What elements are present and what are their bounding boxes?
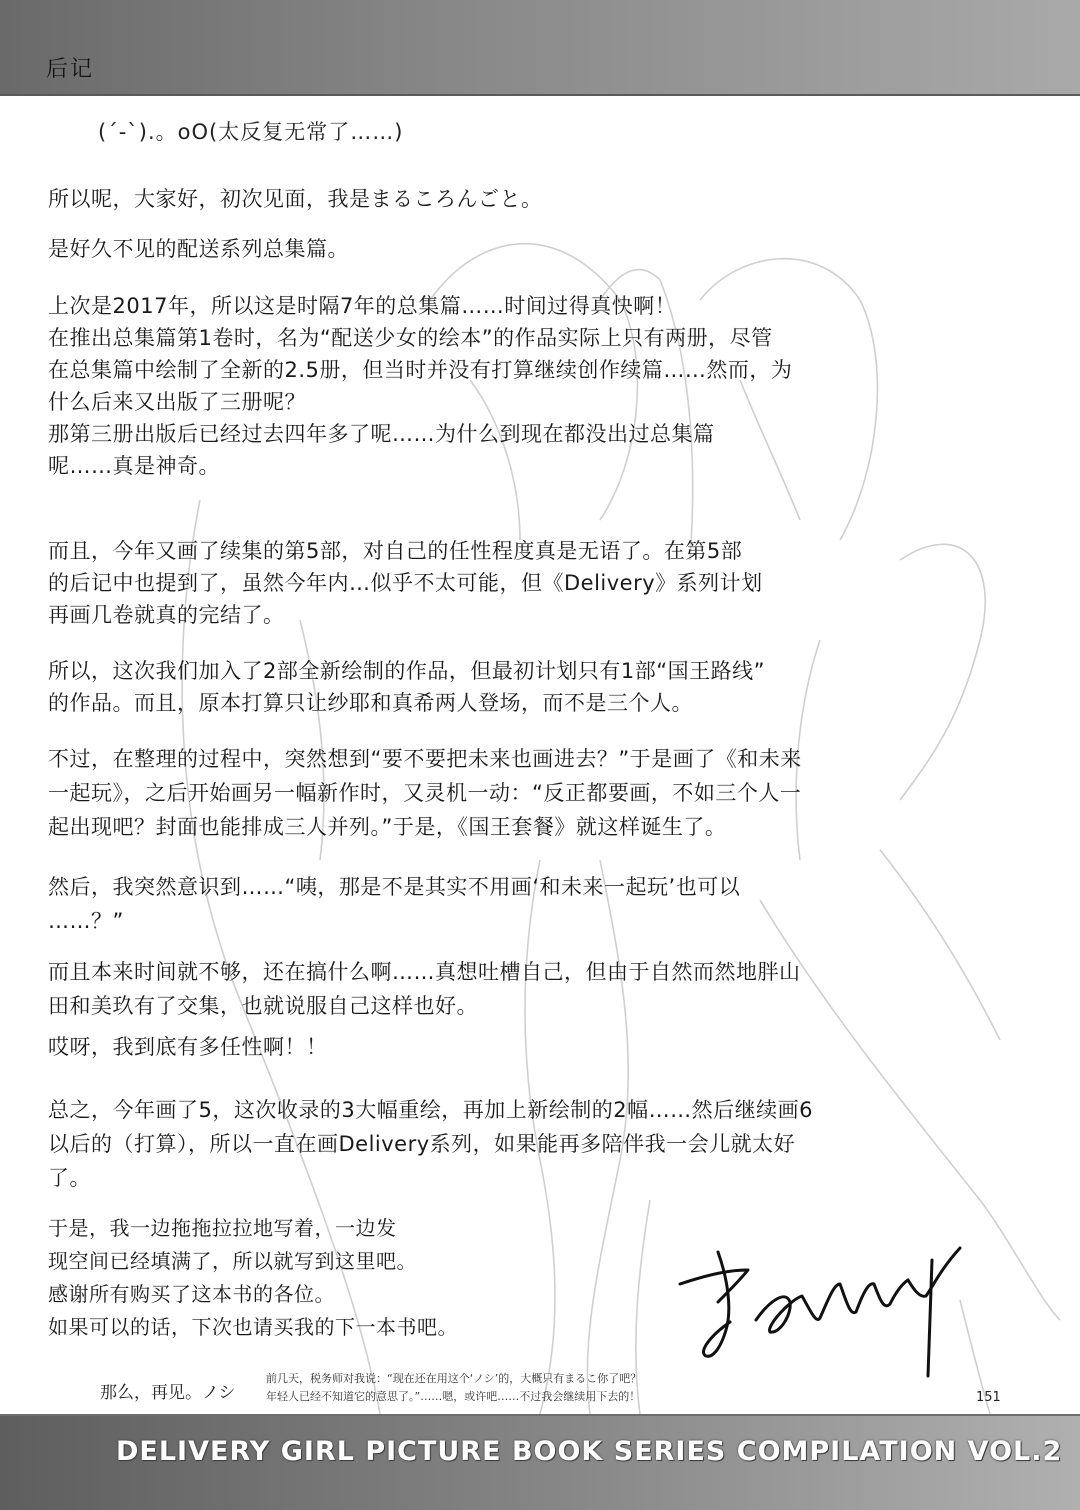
- text-line: 在推出总集篇第1卷时，名为“配送少女的绘本”的作品实际上只有两册，尽管: [48, 322, 792, 354]
- text-line: 一起玩》，之后开始画另一幅新作时，又灵机一动：“反正都要画，不如三个人一: [48, 776, 802, 810]
- text-line: 上次是2017年，所以这是时隔7年的总集篇……时间过得真快啊！: [48, 290, 792, 322]
- text-line: 现空间已经填满了，所以就写到这里吧。: [48, 1245, 458, 1278]
- text-line: 再画几卷就真的完结了。: [48, 599, 763, 631]
- text-line: 呢……真是神奇。: [48, 450, 792, 482]
- text-line: 是好久不见的配送系列总集篇。: [48, 235, 349, 264]
- paragraph: 所以，这次我们加入了2部全新绘制的作品，但最初计划只有1部“国王路线” 的作品。…: [48, 655, 765, 719]
- text-line: 在总集篇中绘制了全新的2.5册，但当时并没有打算继续创作续篇……然而，为: [48, 354, 792, 386]
- footnote-line: 年轻人已经不知道它的意思了。”……嗯，或许吧……不过我会继续用下去的！: [266, 1388, 641, 1406]
- paragraph: 而且，今年又画了续集的第5部，对自己的任性程度真是无语了。在第5部 的后记中也提…: [48, 535, 763, 631]
- closing-paragraph: 于是，我一边拖拖拉拉地写着，一边发 现空间已经填满了，所以就写到这里吧。 感谢所…: [48, 1212, 458, 1344]
- text-line: 以后的（打算），所以一直在画Delivery系列，如果能再多陪伴我一会儿就太好: [48, 1127, 813, 1161]
- header-band: 后记: [0, 0, 1080, 96]
- paragraph: 而且本来时间就不够，还在搞什么啊……真想吐槽自己，但由于自然而然地胖山 田和美玖…: [48, 955, 801, 1023]
- text-line: 所以，这次我们加入了2部全新绘制的作品，但最初计划只有1部“国王路线”: [48, 655, 765, 687]
- text-line: 哎呀，我到底有多任性啊！！: [48, 1033, 328, 1062]
- paragraph: 上次是2017年，所以这是时隔7年的总集篇……时间过得真快啊！ 在推出总集篇第1…: [48, 290, 792, 482]
- text-line: 不过，在整理的过程中，突然想到“要不要把未来也画进去？”于是画了《和未来: [48, 742, 802, 776]
- text-line: 总之，今年画了5，这次收录的3大幅重绘，再加上新绘制的2幅……然后继续画6: [48, 1093, 813, 1127]
- text-line: 于是，我一边拖拖拉拉地写着，一边发: [48, 1212, 458, 1245]
- text-line: 那第三册出版后已经过去四年多了呢……为什么到现在都没出过总集篇: [48, 418, 792, 450]
- paragraph: 然后，我突然意识到……“咦，那是不是其实不用画‘和未来一起玩’也可以 ……？”: [48, 870, 740, 938]
- paragraph: 哎呀，我到底有多任性啊！！: [48, 1033, 328, 1062]
- text-line: 然后，我突然意识到……“咦，那是不是其实不用画‘和未来一起玩’也可以: [48, 870, 740, 904]
- text-line: 的作品。而且，原本打算只让纱耶和真希两人登场，而不是三个人。: [48, 687, 765, 719]
- paragraph: 所以呢，大家好，初次见面，我是まるころんごと。: [48, 185, 543, 214]
- text-line: 感谢所有购买了这本书的各位。: [48, 1278, 458, 1311]
- book-series-title: DELIVERY GIRL PICTURE BOOK SERIES COMPIL…: [116, 1436, 1062, 1467]
- text-line: ……？”: [48, 904, 740, 938]
- text-line: 什么后来又出版了三册呢？: [48, 386, 792, 418]
- page-number: 151: [976, 1390, 1001, 1405]
- paragraph: 不过，在整理的过程中，突然想到“要不要把未来也画进去？”于是画了《和未来 一起玩…: [48, 742, 802, 844]
- footer-band: DELIVERY GIRL PICTURE BOOK SERIES COMPIL…: [0, 1414, 1080, 1510]
- emote-line: (´-`).。oO(太反复无常了……): [98, 116, 403, 146]
- paragraph: 总之，今年画了5，这次收录的3大幅重绘，再加上新绘制的2幅……然后继续画6 以后…: [48, 1093, 813, 1195]
- footnote-line: 前几天，税务师对我说：“现在还在用这个‘ノシ’的，大概只有まるこ你了吧？: [266, 1370, 641, 1388]
- text-line: 而且，今年又画了续集的第5部，对自己的任性程度真是无语了。在第5部: [48, 535, 763, 567]
- text-line: 而且本来时间就不够，还在搞什么啊……真想吐槽自己，但由于自然而然地胖山: [48, 955, 801, 989]
- text-line: 所以呢，大家好，初次见面，我是まるころんごと。: [48, 185, 543, 214]
- text-line: 如果可以的话，下次也请买我的下一本书吧。: [48, 1311, 458, 1344]
- paragraph: 是好久不见的配送系列总集篇。: [48, 235, 349, 264]
- farewell-text: 那么，再见。ノシ: [100, 1378, 235, 1403]
- text-line: 起出现吧？封面也能排成三人并列。”于是，《国王套餐》就这样诞生了。: [48, 810, 802, 844]
- text-line: 了。: [48, 1161, 813, 1195]
- page-title: 后记: [46, 52, 94, 83]
- text-line: 的后记中也提到了，虽然今年内…似乎不太可能，但《Delivery》系列计划: [48, 567, 763, 599]
- author-signature: [670, 1240, 970, 1380]
- text-line: 田和美玖有了交集，也就说服自己这样也好。: [48, 989, 801, 1023]
- footnote: 前几天，税务师对我说：“现在还在用这个‘ノシ’的，大概只有まるこ你了吧？ 年轻人…: [266, 1370, 641, 1406]
